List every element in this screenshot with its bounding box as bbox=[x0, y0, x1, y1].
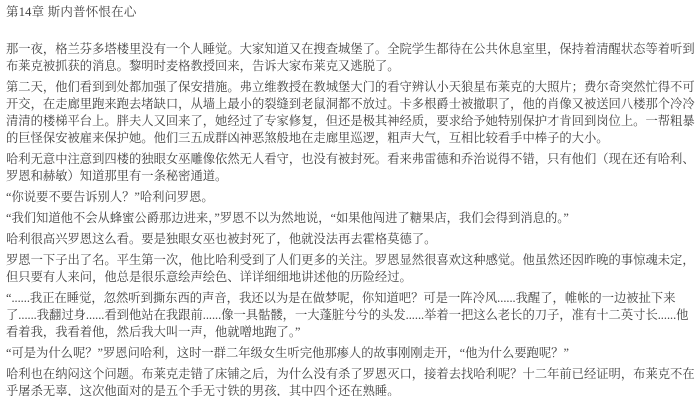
document-page: 第14章 斯内普怀恨在心 那一夜，格兰芬多塔楼里没有一个人睡觉。大家知道又在搜查… bbox=[0, 0, 700, 396]
chapter-body: 那一夜，格兰芬多塔楼里没有一个人睡觉。大家知道又在搜查城堡了。全院学生都待在公共… bbox=[6, 41, 695, 396]
paragraph-dialogue: “可是为什么呢？”罗恩问哈利，这时一群二年级女生听完他那瘆人的故事刚刚走开，“他… bbox=[6, 345, 695, 362]
paragraph: 罗恩一下子出了名。平生第一次，他比哈利受到了人们更多的关注。罗恩显然很喜欢这种感… bbox=[6, 252, 695, 286]
chapter-title: 第14章 斯内普怀恨在心 bbox=[6, 4, 695, 21]
paragraph-dialogue: “......我正在睡觉，忽然听到撕东西的声音，我还以为是在做梦呢，你知道吧？可… bbox=[6, 290, 695, 341]
paragraph: 哈利也在纳闷这个问题。布莱克走错了床铺之后，为什么没有杀了罗恩灭口，接着去找哈利… bbox=[6, 366, 695, 396]
paragraph: 那一夜，格兰芬多塔楼里没有一个人睡觉。大家知道又在搜查城堡了。全院学生都待在公共… bbox=[6, 41, 695, 75]
paragraph: 哈利无意中注意到四楼的独眼女巫雕像依然无人看守，也没有被封死。看来弗雷德和乔治说… bbox=[6, 151, 695, 185]
paragraph-dialogue: “我们知道他不会从蜂蜜公爵那边进来，”罗恩不以为然地说，“如果他闯进了糖果店，我… bbox=[6, 210, 695, 227]
paragraph-dialogue: “你说要不要告诉别人？”哈利问罗恩。 bbox=[6, 189, 695, 206]
paragraph: 第二天，他们看到到处都加强了保安措施。弗立维教授在教城堡大门的看守辨认小天狼星布… bbox=[6, 79, 695, 147]
paragraph: 哈利很高兴罗恩这么看。要是独眼女巫也被封死了，他就没法再去霍格莫德了。 bbox=[6, 231, 695, 248]
